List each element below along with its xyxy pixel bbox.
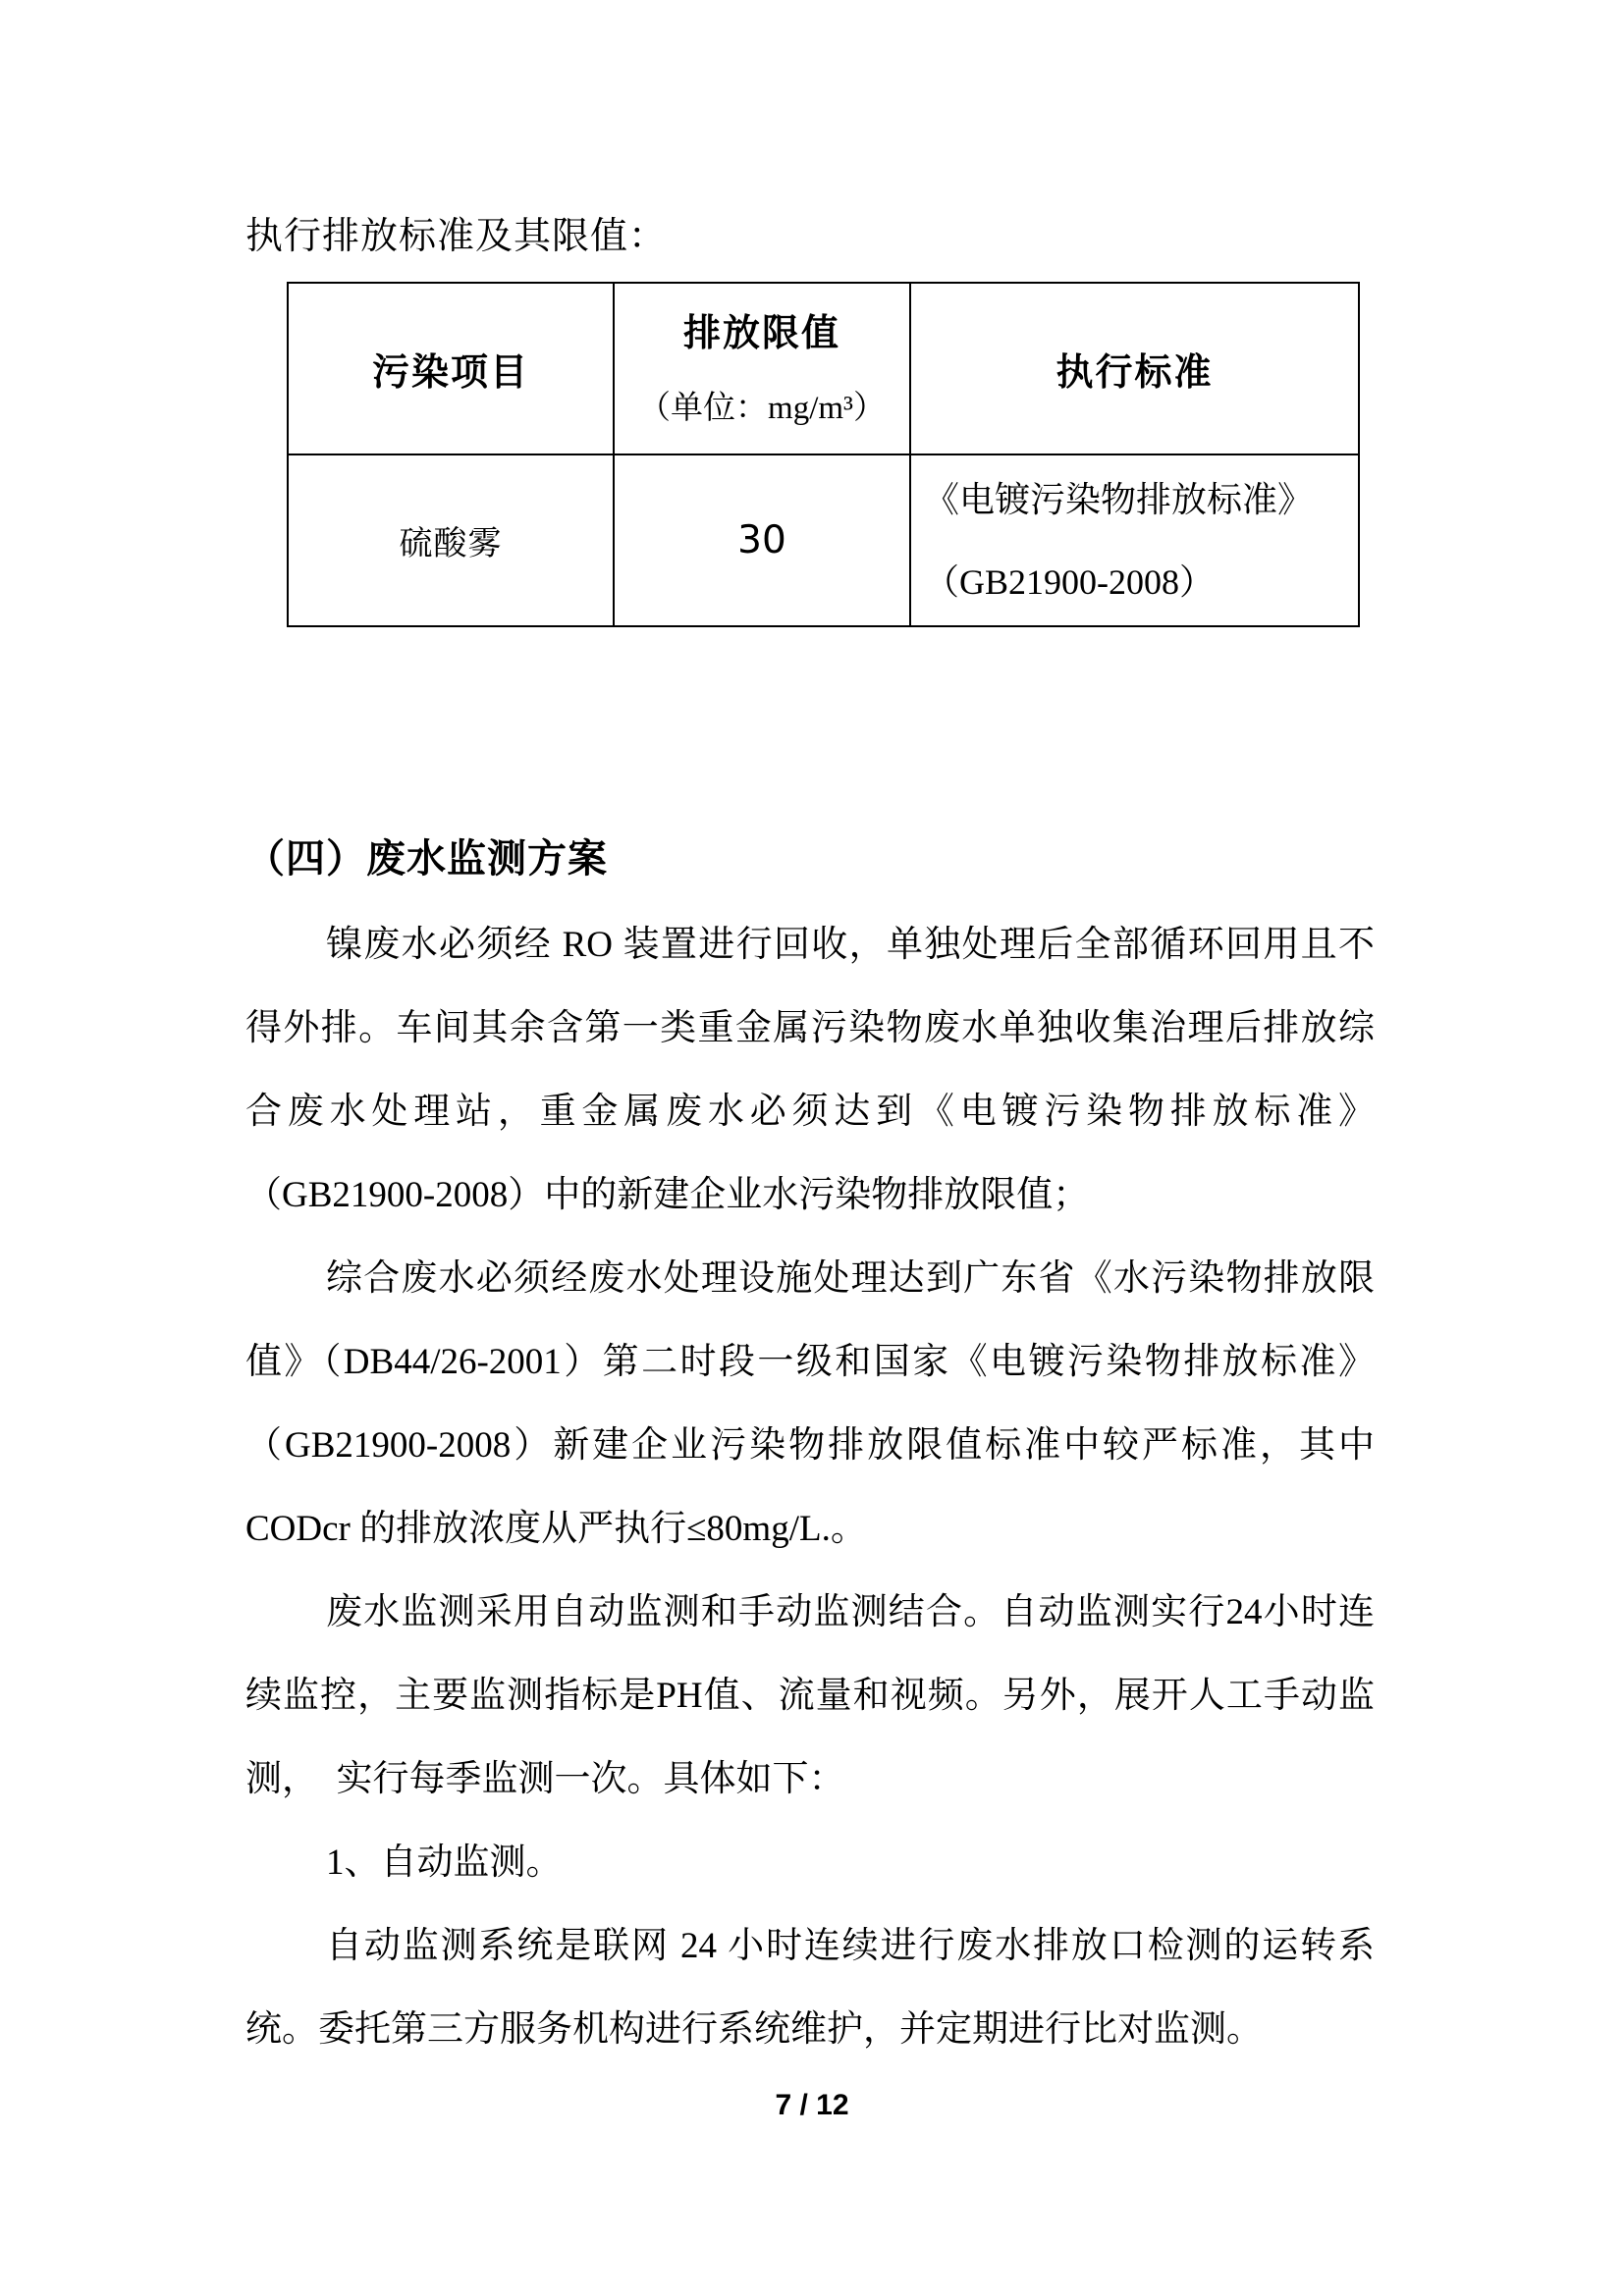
- paragraph-line-10: 续监控，主要监测指标是PH值、流量和视频。另外，展开人工手动监: [245, 1654, 1375, 1737]
- header-cell-standard: 执行标准: [910, 283, 1359, 454]
- paragraph-line-9: 废水监测采用自动监测和手动监测结合。自动监测实行24小时连: [245, 1571, 1375, 1654]
- body-paragraphs: 镍废水必须经 RO 装置进行回收，单独处理后全部循环回用且不 得外排。车间其余含…: [245, 903, 1375, 2071]
- header-cell-pollutant: 污染项目: [288, 283, 614, 454]
- paragraph-line-6: 值》（DB44/26-2001）第二时段一级和国家《电镀污染物排放标准》: [245, 1320, 1375, 1404]
- header-limit-unit-label: （单位：mg/m³）: [615, 373, 909, 444]
- paragraph-line-3: 合废水处理站，重金属废水必须达到《电镀污染物排放标准》: [245, 1070, 1375, 1153]
- paragraph-line-13: 自动监测系统是联网 24 小时连续进行废水排放口检测的运转系: [245, 1904, 1375, 1988]
- header-standard-label: 执行标准: [911, 342, 1358, 396]
- cell-standard: 《电镀污染物排放标准》 （GB21900-2008）: [910, 454, 1359, 626]
- standard-code: （GB21900-2008）: [924, 541, 1358, 623]
- paragraph-line-1: 镍废水必须经 RO 装置进行回收，单独处理后全部循环回用且不: [245, 903, 1375, 987]
- cell-limit-value: 30: [614, 454, 910, 626]
- table-row: 硫酸雾 30 《电镀污染物排放标准》 （GB21900-2008）: [288, 454, 1359, 626]
- paragraph-line-12: 1、自动监测。: [245, 1821, 1375, 1904]
- table-header-row: 污染项目 排放限值 （单位：mg/m³） 执行标准: [288, 283, 1359, 454]
- cell-pollutant: 硫酸雾: [288, 454, 614, 626]
- paragraph-line-2: 得外排。车间其余含第一类重金属污染物废水单独收集治理后排放综: [245, 987, 1375, 1070]
- paragraph-line-5: 综合废水必须经废水处理设施处理达到广东省《水污染物排放限: [245, 1237, 1375, 1320]
- section-heading: （四）废水监测方案: [245, 829, 1375, 888]
- emission-standards-table: 污染项目 排放限值 （单位：mg/m³） 执行标准 硫酸雾 30 《电镀污染物排…: [287, 282, 1360, 627]
- header-cell-limit: 排放限值 （单位：mg/m³）: [614, 283, 910, 454]
- header-pollutant-label: 污染项目: [289, 342, 613, 396]
- paragraph-line-4: （GB21900-2008）中的新建企业水污染物排放限值；: [245, 1153, 1375, 1237]
- paragraph-line-7: （GB21900-2008）新建企业污染物排放限值标准中较严标准，其中: [245, 1404, 1375, 1487]
- paragraph-line-8: CODcr 的排放浓度从严执行≤80mg/L.。: [245, 1487, 1375, 1571]
- document-page: 执行排放标准及其限值： 污染项目 排放限值 （单位：mg/m³） 执行标准 硫酸…: [0, 0, 1624, 2296]
- header-limit-label: 排放限值: [615, 294, 909, 373]
- paragraph-line-11: 测， 实行每季监测一次。具体如下：: [245, 1737, 1375, 1821]
- paragraph-line-14: 统。委托第三方服务机构进行系统维护，并定期进行比对监测。: [245, 1988, 1375, 2071]
- standard-name: 《电镀污染物排放标准》: [924, 458, 1358, 541]
- intro-line: 执行排放标准及其限值：: [245, 208, 1375, 265]
- page-number: 7 / 12: [0, 2089, 1624, 2122]
